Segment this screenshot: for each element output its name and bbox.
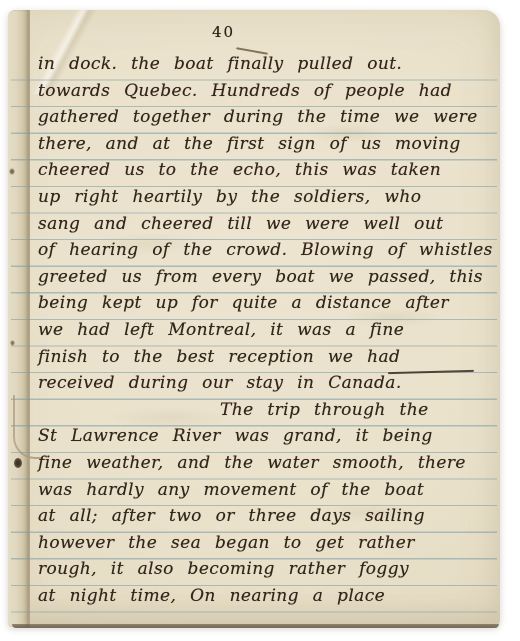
handwriting-line: sang and cheered till we were well out	[38, 214, 492, 241]
handwriting-line: of hearing of the crowd. Blowing of whis…	[38, 240, 492, 267]
handwriting-line: cheered us to the echo, this was taken	[38, 160, 492, 187]
handwriting-line: towards Quebec. Hundreds of people had	[38, 81, 492, 108]
handwriting-line: received during our stay in Canada.	[38, 373, 492, 400]
handwriting-line: up right heartily by the soldiers, who	[38, 187, 492, 214]
stitch-mark	[10, 340, 15, 346]
handwriting-line: in dock. the boat finally pulled out.	[38, 54, 492, 81]
handwriting-line: at all; after two or three days sailing	[38, 506, 492, 533]
handwriting-line: at night time, On nearing a place	[38, 586, 492, 613]
stitch-hole	[14, 458, 22, 468]
scanned-photo-background: 40 in dock. the boat finally pulled out.…	[0, 0, 520, 641]
handwritten-text-block: in dock. the boat finally pulled out. to…	[38, 54, 492, 612]
handwriting-line: rough, it also becoming rather foggy	[38, 559, 492, 586]
page-bottom-edge	[12, 624, 499, 628]
page-number: 40	[212, 23, 235, 41]
stitch-mark	[9, 168, 15, 175]
handwriting-line: we had left Montreal, it was a fine	[38, 320, 492, 347]
handwriting-line: finish to the best reception we had	[38, 347, 492, 374]
handwriting-line: however the sea began to get rather	[38, 533, 492, 560]
handwriting-line: St Lawrence River was grand, it being	[38, 426, 492, 453]
handwriting-line: there, and at the first sign of us movin…	[38, 134, 492, 161]
binding-edge	[8, 10, 30, 627]
handwriting-line: gathered together during the time we wer…	[38, 107, 492, 134]
handwriting-line: greeted us from every boat we passed, th…	[38, 267, 492, 294]
diary-page: 40 in dock. the boat finally pulled out.…	[8, 10, 500, 627]
handwriting-line: fine weather, and the water smooth, ther…	[38, 453, 492, 480]
handwriting-line: being kept up for quite a distance after	[38, 293, 492, 320]
handwriting-line-paragraph-start: The trip through the	[38, 400, 492, 427]
handwriting-line: was hardly any movement of the boat	[38, 480, 492, 507]
